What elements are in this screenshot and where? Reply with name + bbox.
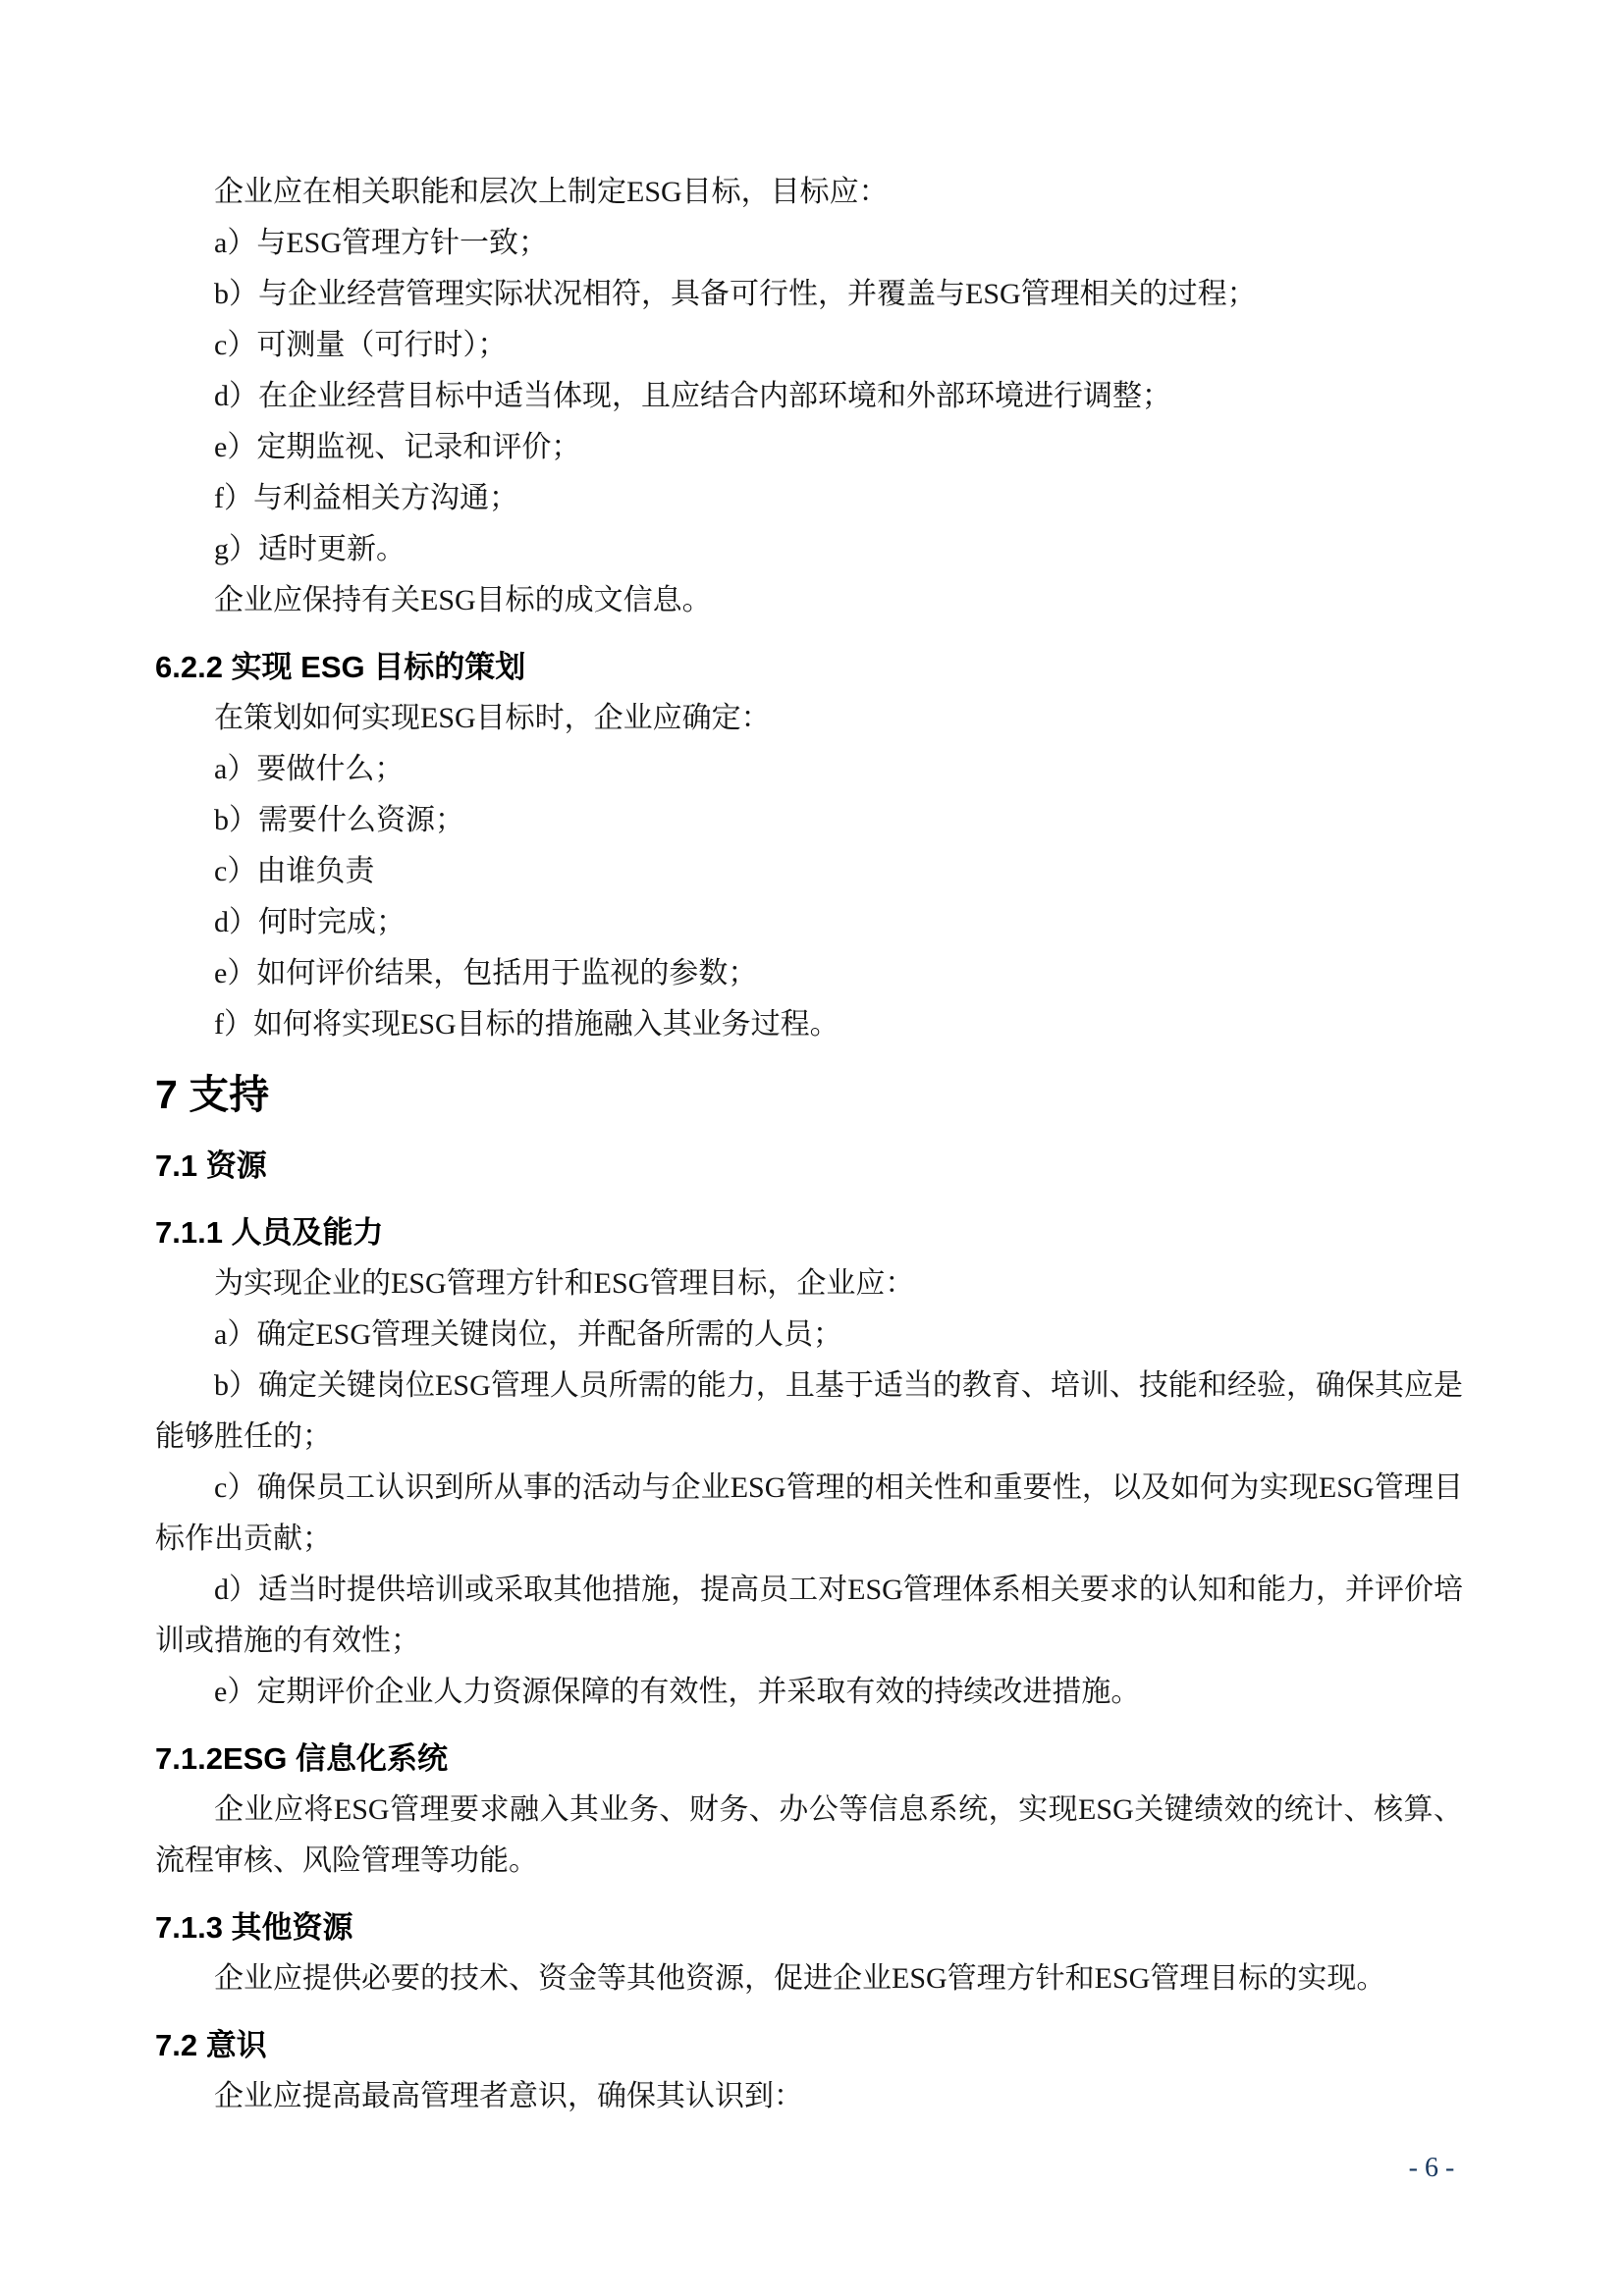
list-item-f-stakeholders: f）与利益相关方沟通； — [155, 473, 1463, 524]
list-item-b-competence: b）确定关键岗位ESG管理人员所需的能力，且基于适当的教育、培训、技能和经验，确… — [155, 1361, 1463, 1463]
heading-7-support: 7 支持 — [155, 1064, 1463, 1125]
list-item-g-update: g）适时更新。 — [155, 524, 1463, 575]
list-item-e-hr-evaluation: e）定期评价企业人力资源保障的有效性，并采取有效的持续改进措施。 — [155, 1667, 1463, 1718]
list-item-d-business-goals: d）在企业经营目标中适当体现，且应结合内部环境和外部环境进行调整； — [155, 371, 1463, 422]
paragraph-it-system: 企业应将ESG管理要求融入其业务、财务、办公等信息系统，实现ESG关键绩效的统计… — [155, 1785, 1463, 1887]
list-item-d-when: d）何时完成； — [155, 897, 1463, 948]
list-item-d-training: d）适当时提供培训或采取其他措施，提高员工对ESG管理体系相关要求的认知和能力，… — [155, 1565, 1463, 1667]
paragraph-other-resources: 企业应提供必要的技术、资金等其他资源，促进企业ESG管理方针和ESG管理目标的实… — [155, 1953, 1463, 2004]
paragraph-awareness-intro: 企业应提高最高管理者意识，确保其认识到： — [155, 2071, 1463, 2122]
list-item-a-policy-consistent: a）与ESG管理方针一致； — [155, 218, 1463, 269]
list-item-c-measurable: c）可测量（可行时）； — [155, 320, 1463, 371]
heading-7-2-awareness: 7.2 意识 — [155, 2020, 1463, 2071]
document-body: 企业应在相关职能和层次上制定ESG目标，目标应： a）与ESG管理方针一致； b… — [155, 167, 1463, 2122]
page-number: - 6 - — [1373, 2152, 1490, 2185]
paragraph-planning-intro: 在策划如何实现ESG目标时，企业应确定： — [155, 693, 1463, 744]
paragraph-personnel-intro: 为实现企业的ESG管理方针和ESG管理目标，企业应： — [155, 1258, 1463, 1309]
list-item-f-integrate: f）如何将实现ESG目标的措施融入其业务过程。 — [155, 999, 1463, 1050]
list-item-b-feasible: b）与企业经营管理实际状况相符，具备可行性，并覆盖与ESG管理相关的过程； — [155, 269, 1463, 320]
heading-7-1-1-personnel: 7.1.1 人员及能力 — [155, 1207, 1463, 1258]
list-item-e-monitor-record: e）定期监视、记录和评价； — [155, 422, 1463, 473]
list-item-a-key-positions: a）确定ESG管理关键岗位，并配备所需的人员； — [155, 1309, 1463, 1361]
list-item-c-awareness: c）确保员工认识到所从事的活动与企业ESG管理的相关性和重要性，以及如何为实现E… — [155, 1463, 1463, 1565]
heading-7-1-resources: 7.1 资源 — [155, 1141, 1463, 1192]
list-item-c-who: c）由谁负责 — [155, 846, 1463, 897]
paragraph-esg-targets-intro: 企业应在相关职能和层次上制定ESG目标，目标应： — [155, 167, 1463, 218]
document-page: 企业应在相关职能和层次上制定ESG目标，目标应： a）与ESG管理方针一致； b… — [0, 0, 1624, 2296]
list-item-e-evaluate: e）如何评价结果，包括用于监视的参数； — [155, 948, 1463, 999]
list-item-b-resources: b）需要什么资源； — [155, 795, 1463, 846]
list-item-a-what: a）要做什么； — [155, 744, 1463, 795]
heading-7-1-3-other-resources: 7.1.3 其他资源 — [155, 1902, 1463, 1953]
heading-7-1-2-esg-it-system: 7.1.2ESG 信息化系统 — [155, 1734, 1463, 1785]
paragraph-documented-info: 企业应保持有关ESG目标的成文信息。 — [155, 575, 1463, 626]
heading-6-2-2: 6.2.2 实现 ESG 目标的策划 — [155, 642, 1463, 693]
